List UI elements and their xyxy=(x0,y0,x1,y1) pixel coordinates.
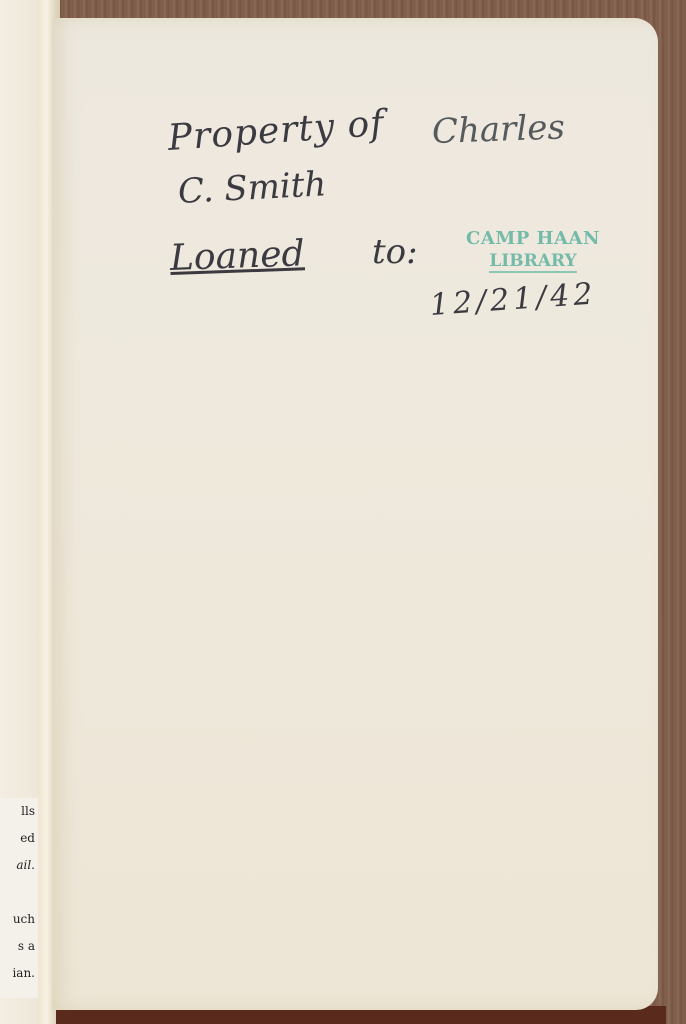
stamp-line-1: CAMP HAAN xyxy=(458,228,608,249)
jacket-text-fragment: uch xyxy=(0,906,38,933)
jacket-text-fragment: lls xyxy=(0,798,38,825)
inscription-loaned: Loaned xyxy=(169,233,305,279)
jacket-flap-text: lls ed ail. uch s a ian. xyxy=(0,798,38,998)
jacket-text-fragment xyxy=(0,879,38,906)
jacket-text-fragment: ail. xyxy=(0,852,38,879)
inscription-owner-name: C. Smith xyxy=(177,164,327,212)
jacket-text-fragment: ed xyxy=(0,825,38,852)
inscription-to: to: xyxy=(372,232,418,272)
jacket-text-fragment: s a xyxy=(0,933,38,960)
inscription-first-name: Charles xyxy=(431,107,565,152)
endpaper-page xyxy=(52,18,658,1010)
jacket-text-fragment: ian. xyxy=(0,960,38,987)
stamp-line-2: LIBRARY xyxy=(489,251,576,273)
library-stamp: CAMP HAAN LIBRARY xyxy=(458,228,608,280)
